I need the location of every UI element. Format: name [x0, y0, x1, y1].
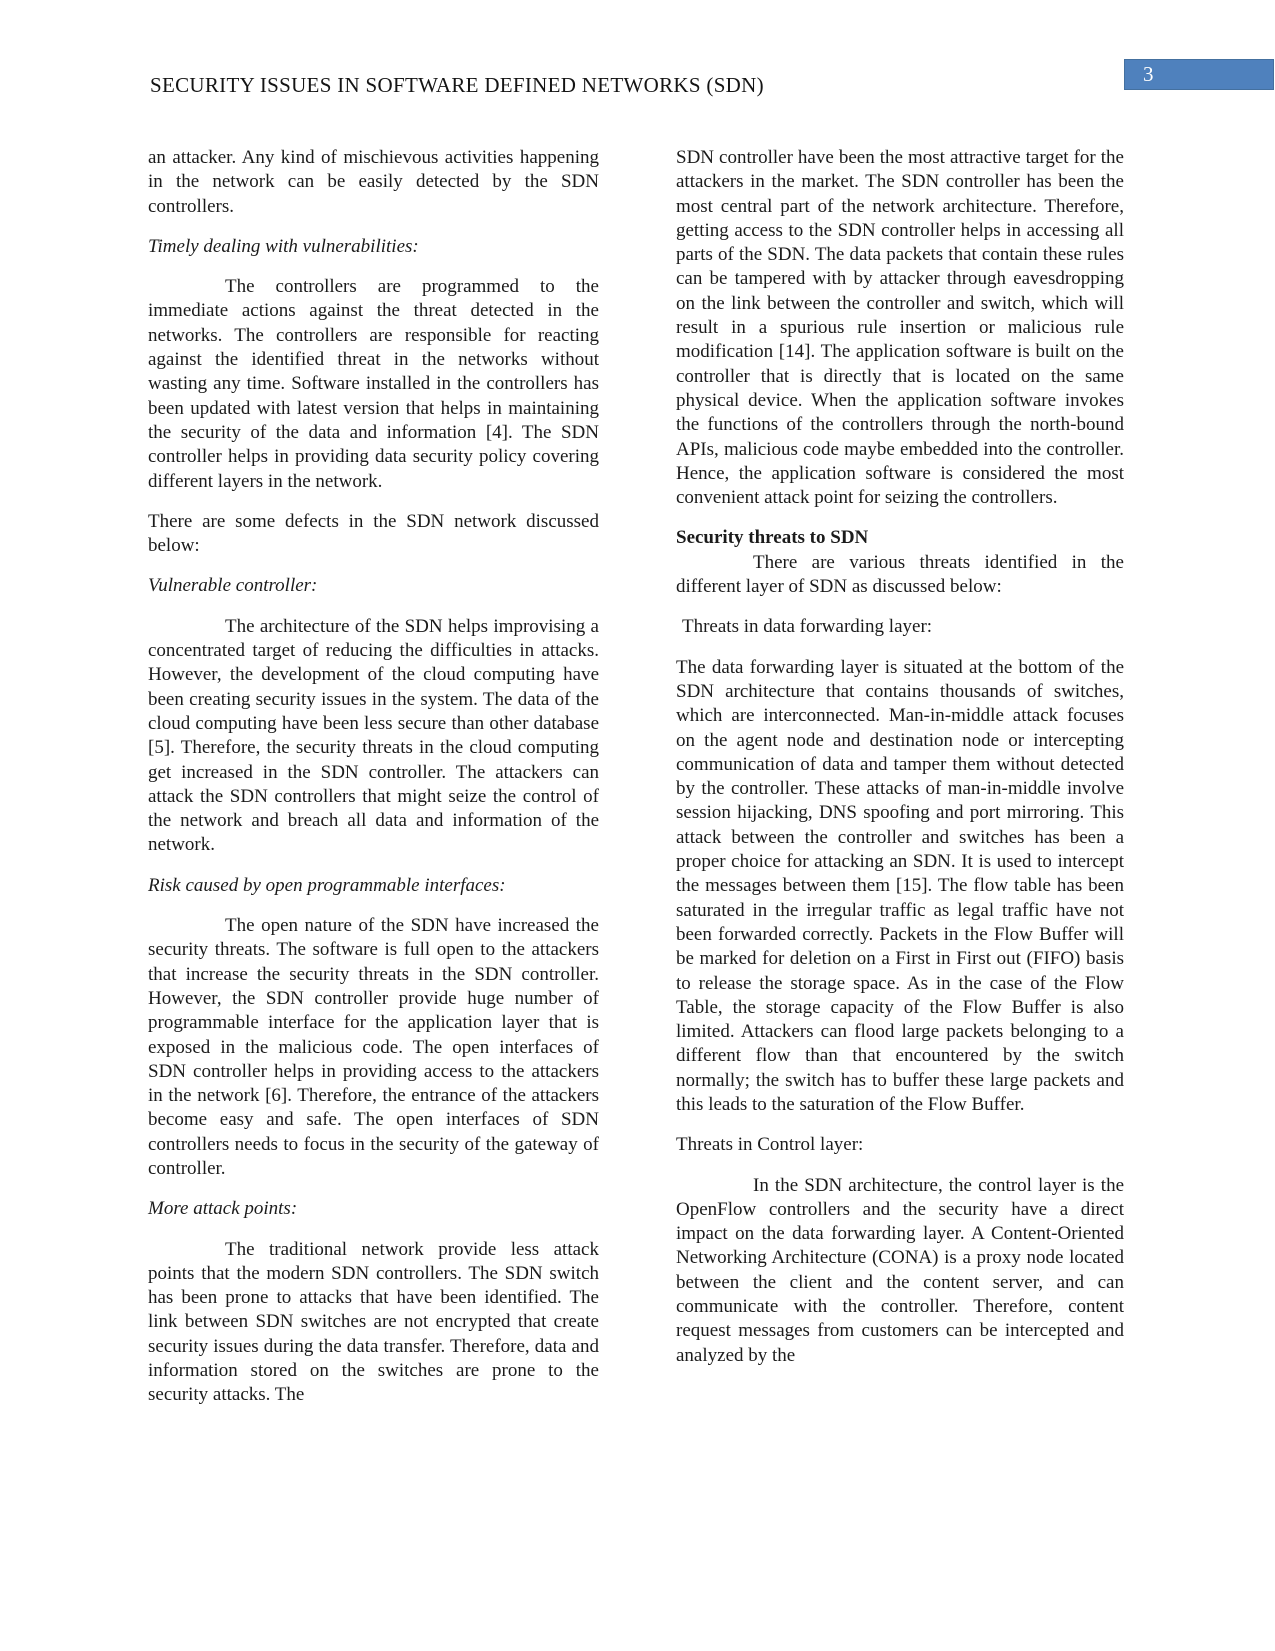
paragraph: There are various threats identified in … [676, 551, 1124, 600]
subsection-heading-timely-dealing: Timely dealing with vulnerabilities: [148, 235, 599, 259]
subsection-heading-data-forwarding-layer: Threats in data forwarding layer: [676, 615, 1124, 639]
paragraph: The controllers are programmed to the im… [148, 275, 599, 494]
paragraph: SDN controller have been the most attrac… [676, 146, 1124, 510]
page-number-badge: 3 [1124, 59, 1274, 90]
paragraph: In the SDN architecture, the control lay… [676, 1174, 1124, 1368]
subsection-heading-vulnerable-controller: Vulnerable controller: [148, 574, 599, 598]
subsection-heading-more-attack-points: More attack points: [148, 1197, 599, 1221]
subsection-heading-risk-open-interfaces: Risk caused by open programmable interfa… [148, 874, 599, 898]
section-heading-security-threats: Security threats to SDN [676, 526, 1124, 550]
paragraph: The architecture of the SDN helps improv… [148, 615, 599, 858]
subsection-heading-control-layer: Threats in Control layer: [676, 1133, 1124, 1157]
paragraph-continuation: an attacker. Any kind of mischievous act… [148, 146, 599, 219]
page-number: 3 [1143, 64, 1154, 85]
left-column: an attacker. Any kind of mischievous act… [148, 146, 599, 1424]
paragraph: The traditional network provide less att… [148, 1238, 599, 1408]
page-title: SECURITY ISSUES IN SOFTWARE DEFINED NETW… [150, 73, 764, 98]
paragraph: There are some defects in the SDN networ… [148, 510, 599, 559]
right-column: SDN controller have been the most attrac… [676, 146, 1124, 1384]
paragraph: The data forwarding layer is situated at… [676, 656, 1124, 1118]
paragraph: The open nature of the SDN have increase… [148, 914, 599, 1181]
